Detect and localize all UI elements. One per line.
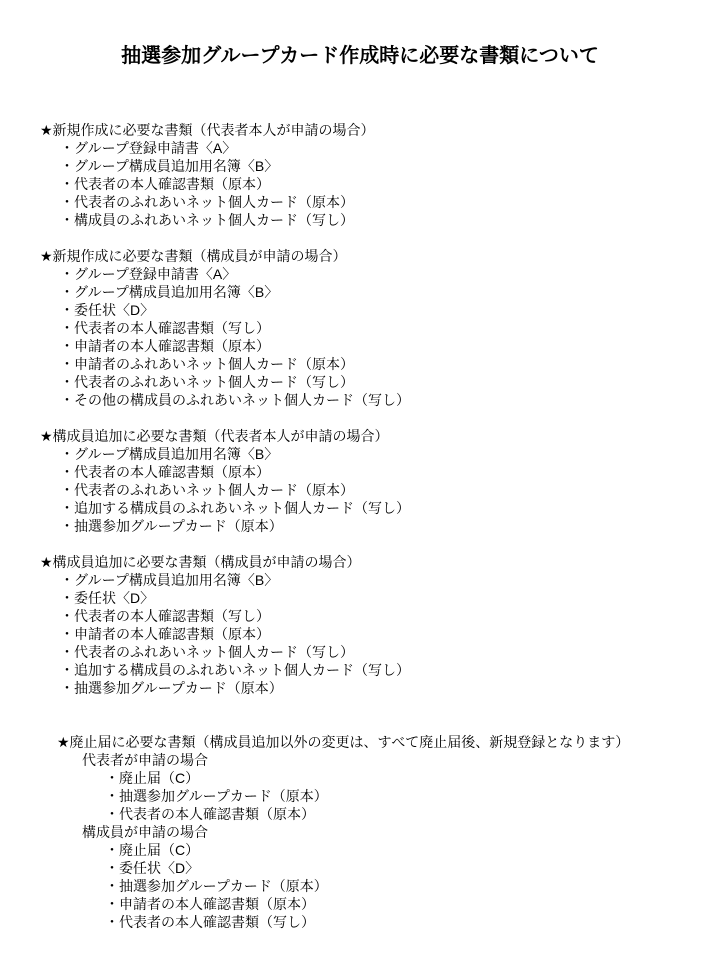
section-new-creation-by-member: ★新規作成に必要な書類（構成員が申請の場合） ・グループ登録申請書〈A〉 ・グル…: [0, 247, 720, 409]
list-item: ・代表者のふれあいネット個人カード（原本）: [0, 193, 720, 211]
list-item: ・グループ構成員追加用名簿〈B〉: [0, 445, 720, 463]
list-item: ・申請者のふれあいネット個人カード（原本）: [0, 355, 720, 373]
list-item: ・廃止届（C）: [0, 841, 720, 859]
list-item: ・申請者の本人確認書類（原本）: [0, 895, 720, 913]
list-item: ・抽選参加グループカード（原本）: [0, 877, 720, 895]
list-item: ・グループ登録申請書〈A〉: [0, 265, 720, 283]
list-item: ・代表者の本人確認書類（原本）: [0, 463, 720, 481]
list-item: ・代表者の本人確認書類（写し）: [0, 607, 720, 625]
section-new-creation-by-representative: ★新規作成に必要な書類（代表者本人が申請の場合） ・グループ登録申請書〈A〉 ・…: [0, 121, 720, 229]
list-item: ・委任状〈D〉: [0, 589, 720, 607]
section-member-addition-by-member: ★構成員追加に必要な書類（構成員が申請の場合） ・グループ構成員追加用名簿〈B〉…: [0, 553, 720, 697]
list-item: ・抽選参加グループカード（原本）: [0, 679, 720, 697]
subsection-by-representative: 代表者が申請の場合 ・廃止届（C） ・抽選参加グループカード（原本） ・代表者の…: [0, 751, 720, 823]
list-item: ・構成員のふれあいネット個人カード（写し）: [0, 211, 720, 229]
document-body: ★新規作成に必要な書類（代表者本人が申請の場合） ・グループ登録申請書〈A〉 ・…: [0, 68, 720, 931]
section-header: ★構成員追加に必要な書類（代表者本人が申請の場合）: [0, 427, 720, 445]
section-header: ★廃止届に必要な書類（構成員追加以外の変更は、すべて廃止届後、新規登録となります…: [0, 733, 720, 751]
list-item: ・代表者の本人確認書類（原本）: [0, 805, 720, 823]
list-item: ・代表者の本人確認書類（写し）: [0, 913, 720, 931]
list-item: ・委任状〈D〉: [0, 859, 720, 877]
list-item: ・代表者の本人確認書類（写し）: [0, 319, 720, 337]
section-member-addition-by-representative: ★構成員追加に必要な書類（代表者本人が申請の場合） ・グループ構成員追加用名簿〈…: [0, 427, 720, 535]
list-item: ・追加する構成員のふれあいネット個人カード（写し）: [0, 661, 720, 679]
list-item: ・代表者の本人確認書類（原本）: [0, 175, 720, 193]
document-title: 抽選参加グループカード作成時に必要な書類について: [0, 0, 720, 68]
list-item: ・廃止届（C）: [0, 769, 720, 787]
list-item: ・抽選参加グループカード（原本）: [0, 787, 720, 805]
list-item: ・その他の構成員のふれあいネット個人カード（写し）: [0, 391, 720, 409]
list-item: ・委任状〈D〉: [0, 301, 720, 319]
section-header: ★新規作成に必要な書類（構成員が申請の場合）: [0, 247, 720, 265]
list-item: ・申請者の本人確認書類（原本）: [0, 625, 720, 643]
section-abolition-notice: ★廃止届に必要な書類（構成員追加以外の変更は、すべて廃止届後、新規登録となります…: [0, 733, 720, 931]
list-item: ・グループ構成員追加用名簿〈B〉: [0, 283, 720, 301]
list-item: ・代表者のふれあいネット個人カード（写し）: [0, 373, 720, 391]
subsection-header: 構成員が申請の場合: [0, 823, 720, 841]
list-item: ・グループ構成員追加用名簿〈B〉: [0, 157, 720, 175]
section-header: ★新規作成に必要な書類（代表者本人が申請の場合）: [0, 121, 720, 139]
list-item: ・抽選参加グループカード（原本）: [0, 517, 720, 535]
subsection-by-member: 構成員が申請の場合 ・廃止届（C） ・委任状〈D〉 ・抽選参加グループカード（原…: [0, 823, 720, 931]
document-page: 抽選参加グループカード作成時に必要な書類について ★新規作成に必要な書類（代表者…: [0, 0, 720, 960]
list-item: ・グループ構成員追加用名簿〈B〉: [0, 571, 720, 589]
list-item: ・追加する構成員のふれあいネット個人カード（写し）: [0, 499, 720, 517]
list-item: ・代表者のふれあいネット個人カード（写し）: [0, 643, 720, 661]
subsection-header: 代表者が申請の場合: [0, 751, 720, 769]
list-item: ・代表者のふれあいネット個人カード（原本）: [0, 481, 720, 499]
list-item: ・グループ登録申請書〈A〉: [0, 139, 720, 157]
section-header: ★構成員追加に必要な書類（構成員が申請の場合）: [0, 553, 720, 571]
list-item: ・申請者の本人確認書類（原本）: [0, 337, 720, 355]
